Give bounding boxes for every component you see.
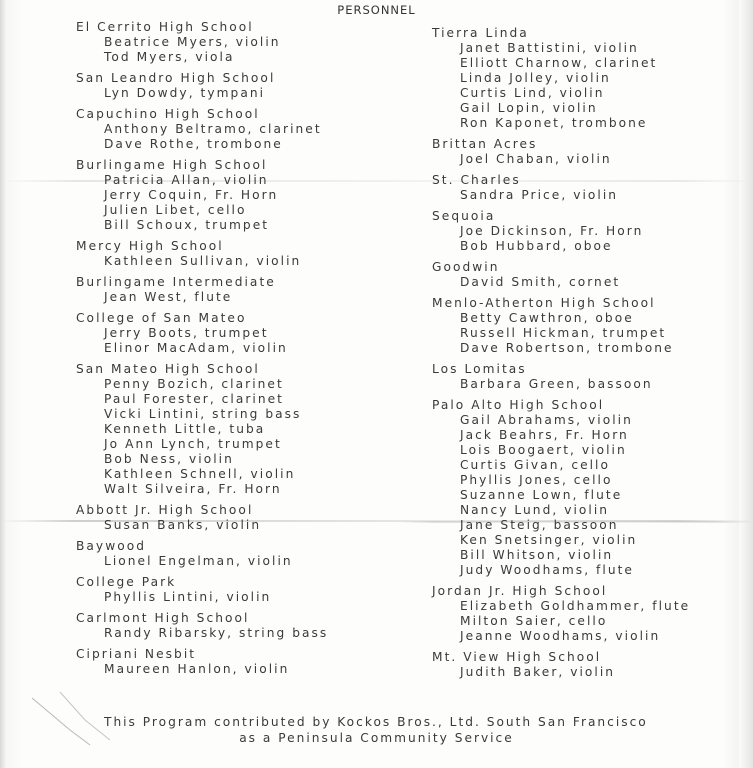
member-entry: Joel Chaban, violin — [432, 152, 690, 167]
member-entry: Kenneth Little, tuba — [76, 422, 328, 437]
member-entry: Jerry Coquin, Fr. Horn — [76, 188, 328, 203]
school-name: Brittan Acres — [432, 137, 690, 152]
school-group: Capuchino High SchoolAnthony Beltramo, c… — [76, 107, 328, 152]
school-group: Los LomitasBarbara Green, bassoon — [432, 362, 690, 392]
member-entry: Anthony Beltramo, clarinet — [76, 122, 328, 137]
school-name: Los Lomitas — [432, 362, 690, 377]
member-entry: Kathleen Schnell, violin — [76, 467, 328, 482]
member-entry: Curtis Lind, violin — [432, 86, 690, 101]
member-entry: Lyn Dowdy, tympani — [76, 86, 328, 101]
member-entry: Gail Lopin, violin — [432, 101, 690, 116]
member-entry: Bill Whitson, violin — [432, 548, 690, 563]
member-entry: Jerry Boots, trumpet — [76, 326, 328, 341]
member-entry: Maureen Hanlon, violin — [76, 662, 328, 677]
footer-line-1: This Program contributed by Kockos Bros.… — [66, 714, 753, 730]
school-name: Mercy High School — [76, 239, 328, 254]
school-name: Jordan Jr. High School — [432, 584, 690, 599]
school-group: El Cerrito High SchoolBeatrice Myers, vi… — [76, 20, 328, 65]
school-group: College ParkPhyllis Lintini, violin — [76, 575, 328, 605]
member-entry: Lois Boogaert, violin — [432, 443, 690, 458]
member-entry: Vicki Lintini, string bass — [76, 407, 328, 422]
school-group: College of San MateoJerry Boots, trumpet… — [76, 311, 328, 356]
member-entry: Jane Steig, bassoon — [432, 518, 690, 533]
school-group: Palo Alto High SchoolGail Abrahams, viol… — [432, 398, 690, 578]
member-entry: David Smith, cornet — [432, 275, 690, 290]
member-entry: Paul Forester, clarinet — [76, 392, 328, 407]
member-entry: Lionel Engelman, violin — [76, 554, 328, 569]
member-entry: Judy Woodhams, flute — [432, 563, 690, 578]
member-entry: Jean West, flute — [76, 290, 328, 305]
member-entry: Linda Jolley, violin — [432, 71, 690, 86]
member-entry: Beatrice Myers, violin — [76, 35, 328, 50]
member-entry: Janet Battistini, violin — [432, 41, 690, 56]
school-group: San Leandro High SchoolLyn Dowdy, tympan… — [76, 71, 328, 101]
school-group: Mercy High SchoolKathleen Sullivan, viol… — [76, 239, 328, 269]
member-entry: Patricia Allan, violin — [76, 173, 328, 188]
school-name: Burlingame Intermediate — [76, 275, 328, 290]
member-entry: Ken Snetsinger, violin — [432, 533, 690, 548]
school-group: Tierra LindaJanet Battistini, violinElli… — [432, 26, 690, 131]
member-entry: Julien Libet, cello — [76, 203, 328, 218]
member-entry: Dave Rothe, trombone — [76, 137, 328, 152]
school-name: Capuchino High School — [76, 107, 328, 122]
member-entry: Milton Saier, cello — [432, 614, 690, 629]
member-entry: Suzanne Lown, flute — [432, 488, 690, 503]
school-name: Mt. View High School — [432, 650, 690, 665]
school-group: Burlingame IntermediateJean West, flute — [76, 275, 328, 305]
school-name: Menlo-Atherton High School — [432, 296, 690, 311]
paper-edge-left — [0, 0, 6, 768]
school-name: Cipriani Nesbit — [76, 647, 328, 662]
page-title: PERSONNEL — [0, 3, 753, 17]
member-entry: Barbara Green, bassoon — [432, 377, 690, 392]
member-entry: Tod Myers, viola — [76, 50, 328, 65]
school-name: Tierra Linda — [432, 26, 690, 41]
school-group: Mt. View High SchoolJudith Baker, violin — [432, 650, 690, 680]
member-entry: Joe Dickinson, Fr. Horn — [432, 224, 690, 239]
school-name: Carlmont High School — [76, 611, 328, 626]
school-name: St. Charles — [432, 173, 690, 188]
school-group: Menlo-Atherton High SchoolBetty Cawthron… — [432, 296, 690, 356]
member-entry: Walt Silveira, Fr. Horn — [76, 482, 328, 497]
member-entry: Jack Beahrs, Fr. Horn — [432, 428, 690, 443]
school-group: BaywoodLionel Engelman, violin — [76, 539, 328, 569]
school-name: Baywood — [76, 539, 328, 554]
school-name: Goodwin — [432, 260, 690, 275]
member-entry: Curtis Givan, cello — [432, 458, 690, 473]
member-entry: Kathleen Sullivan, violin — [76, 254, 328, 269]
school-group: San Mateo High SchoolPenny Bozich, clari… — [76, 362, 328, 497]
program-page: PERSONNEL El Cerrito High SchoolBeatrice… — [0, 0, 753, 768]
right-column: Tierra LindaJanet Battistini, violinElli… — [432, 26, 690, 686]
school-group: Jordan Jr. High SchoolElizabeth Goldhamm… — [432, 584, 690, 644]
member-entry: Nancy Lund, violin — [432, 503, 690, 518]
school-name: College of San Mateo — [76, 311, 328, 326]
member-entry: Bob Ness, violin — [76, 452, 328, 467]
school-name: San Leandro High School — [76, 71, 328, 86]
school-group: Abbott Jr. High SchoolSusan Banks, violi… — [76, 503, 328, 533]
school-group: Cipriani NesbitMaureen Hanlon, violin — [76, 647, 328, 677]
member-entry: Randy Ribarsky, string bass — [76, 626, 328, 641]
member-entry: Elizabeth Goldhammer, flute — [432, 599, 690, 614]
paper-edge-right — [739, 0, 753, 768]
footer: This Program contributed by Kockos Bros.… — [0, 714, 753, 746]
member-entry: Jeanne Woodhams, violin — [432, 629, 690, 644]
member-entry: Phyllis Lintini, violin — [76, 590, 328, 605]
school-name: San Mateo High School — [76, 362, 328, 377]
member-entry: Elliott Charnow, clarinet — [432, 56, 690, 71]
member-entry: Gail Abrahams, violin — [432, 413, 690, 428]
left-column: El Cerrito High SchoolBeatrice Myers, vi… — [76, 20, 328, 683]
member-entry: Betty Cawthron, oboe — [432, 311, 690, 326]
member-entry: Dave Robertson, trombone — [432, 341, 690, 356]
member-entry: Bill Schoux, trumpet — [76, 218, 328, 233]
member-entry: Ron Kaponet, trombone — [432, 116, 690, 131]
school-group: Carlmont High SchoolRandy Ribarsky, stri… — [76, 611, 328, 641]
member-entry: Elinor MacAdam, violin — [76, 341, 328, 356]
member-entry: Phyllis Jones, cello — [432, 473, 690, 488]
school-name: Palo Alto High School — [432, 398, 690, 413]
school-group: St. CharlesSandra Price, violin — [432, 173, 690, 203]
member-entry: Jo Ann Lynch, trumpet — [76, 437, 328, 452]
school-name: Burlingame High School — [76, 158, 328, 173]
member-entry: Sandra Price, violin — [432, 188, 690, 203]
member-entry: Penny Bozich, clarinet — [76, 377, 328, 392]
school-group: GoodwinDavid Smith, cornet — [432, 260, 690, 290]
school-group: Burlingame High SchoolPatricia Allan, vi… — [76, 158, 328, 233]
member-entry: Susan Banks, violin — [76, 518, 328, 533]
member-entry: Bob Hubbard, oboe — [432, 239, 690, 254]
school-group: SequoiaJoe Dickinson, Fr. HornBob Hubbar… — [432, 209, 690, 254]
school-name: College Park — [76, 575, 328, 590]
school-name: Sequoia — [432, 209, 690, 224]
school-name: Abbott Jr. High School — [76, 503, 328, 518]
school-name: El Cerrito High School — [76, 20, 328, 35]
member-entry: Russell Hickman, trumpet — [432, 326, 690, 341]
school-group: Brittan AcresJoel Chaban, violin — [432, 137, 690, 167]
footer-line-2: as a Peninsula Community Service — [0, 730, 753, 746]
member-entry: Judith Baker, violin — [432, 665, 690, 680]
